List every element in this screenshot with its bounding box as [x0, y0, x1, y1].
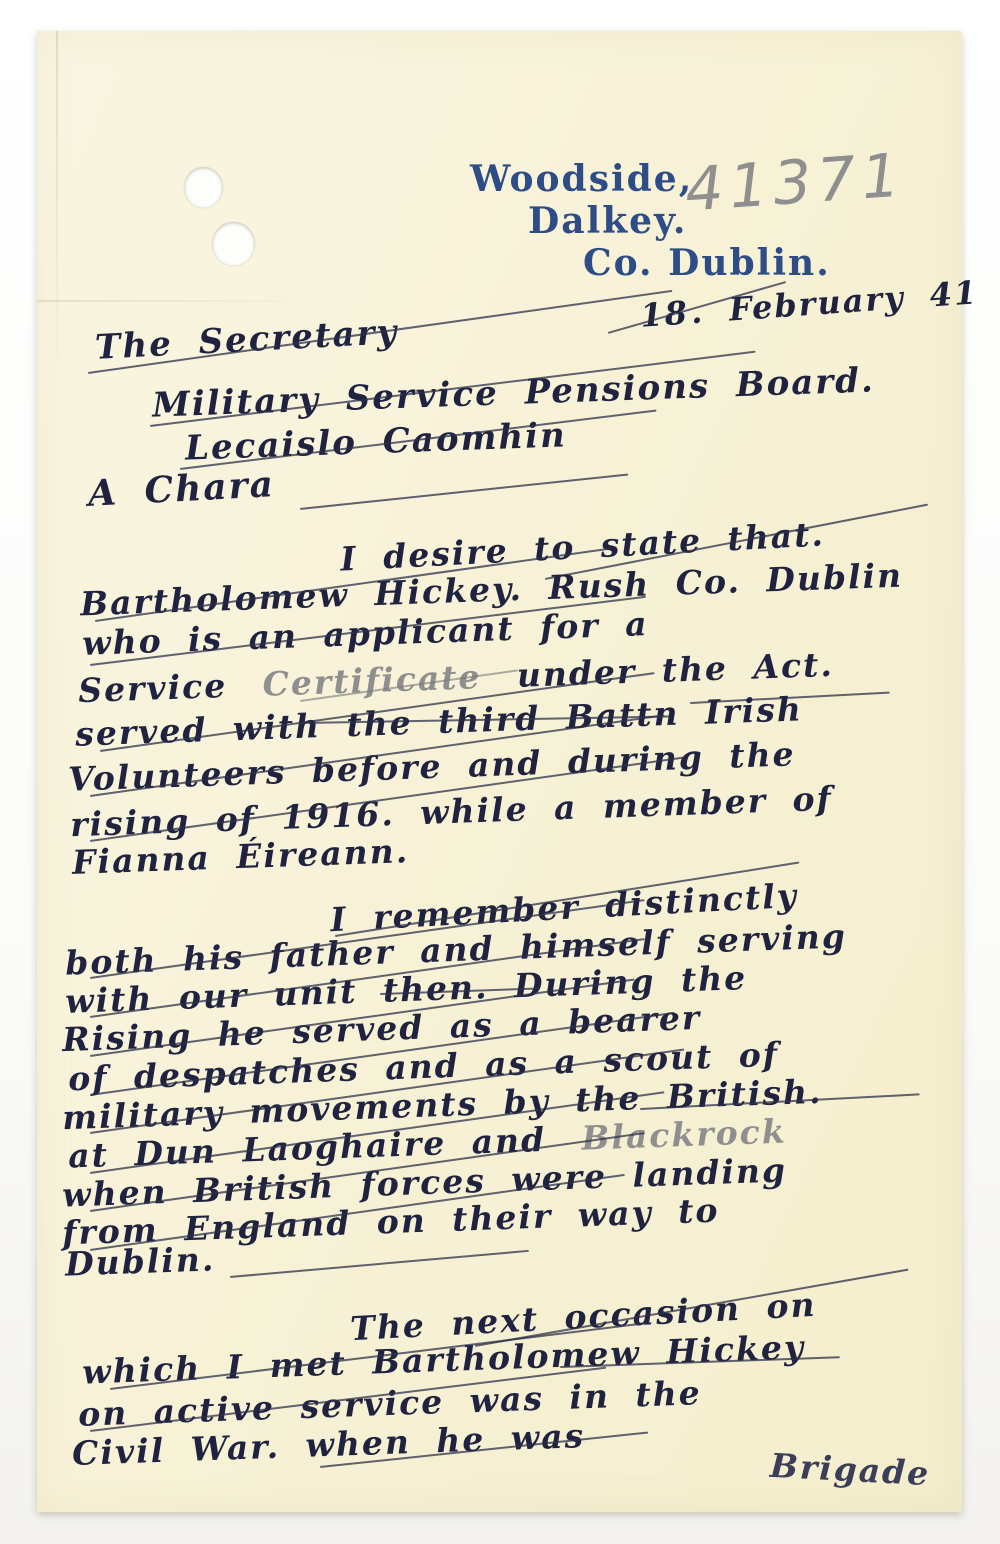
date-day: 18 — [639, 293, 690, 334]
letterhead-line-2: Dalkey. — [528, 200, 687, 242]
body-line-22-brigade: Brigade — [769, 1446, 931, 1493]
fold-crease — [56, 31, 58, 361]
letterhead-line-3: Co. Dublin. — [583, 242, 831, 284]
punch-hole-top — [184, 167, 223, 208]
body-line-18: Dublin. — [64, 1239, 216, 1283]
body-line-4-ink: Service — [78, 666, 228, 710]
letter-scan: Woodside, Dalkey. Co. Dublin. 41371 18. … — [0, 0, 1000, 1544]
fold-crease — [37, 300, 297, 302]
letterhead-line-1: Woodside, — [470, 158, 693, 200]
punch-hole-bottom — [212, 222, 255, 266]
